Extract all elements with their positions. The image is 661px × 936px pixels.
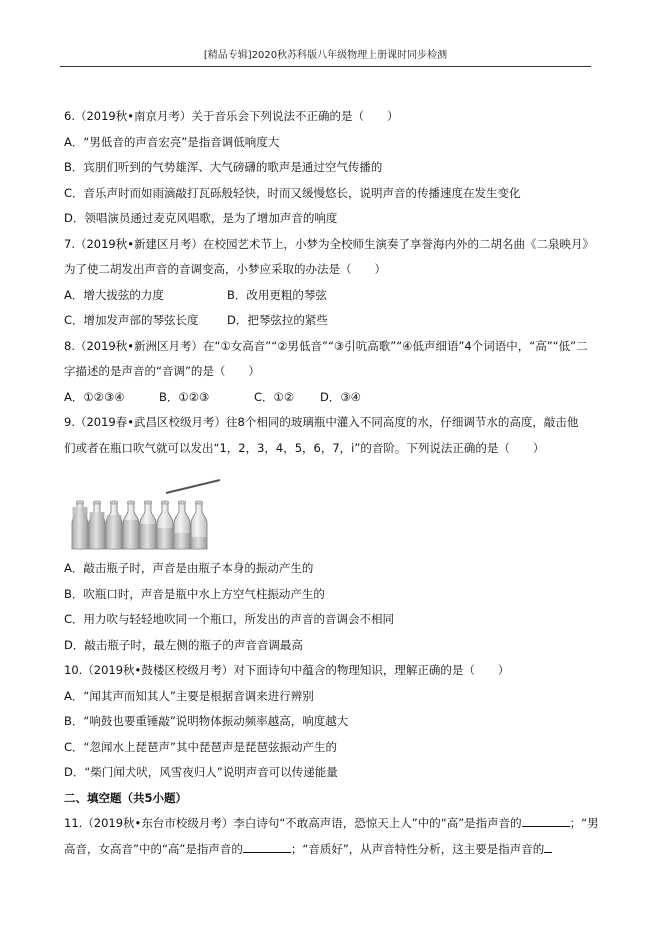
option-b: B．宾朋们听到的气势雄浑、大气磅礴的歌声是通过空气传播的	[64, 155, 604, 181]
option-c: C．音乐声时而如雨滴敲打瓦砾般轻快，时而又缓慢悠长，说明声音的传播速度在发生变化	[64, 181, 604, 207]
question-11: 11.（2019秋•东台市校级月考）李白诗句“不敢高声语，恐惊天上人”中的“高”…	[64, 811, 604, 862]
question-stem: 8.（2019秋•新洲区月考）在“①女高音”“②男低音”“③引吭高歌”“④低声细…	[64, 334, 604, 360]
option-d: D．领唱演员通过麦克风唱歌，是为了增加声音的响度	[64, 206, 604, 232]
option-b: B．吹瓶口时，声音是瓶中水上方空气柱振动产生的	[64, 582, 604, 608]
option-d: D．③④	[320, 385, 361, 411]
question-8: 8.（2019秋•新洲区月考）在“①女高音”“②男低音”“③引吭高歌”“④低声细…	[64, 334, 604, 411]
answer-blank-2[interactable]	[243, 840, 291, 853]
header-title: [精品专辑]2020秋苏科版八年级物理上册课时同步检测	[204, 50, 447, 61]
question-stem-cont: 高音，女高音”中的“高”是指声音的；“音质好”，从声音特性分析，这主要是指声音的	[64, 837, 604, 863]
question-stem: 11.（2019秋•东台市校级月考）李白诗句“不敢高声语，恐惊天上人”中的“高”…	[64, 811, 604, 837]
option-d: D．敲击瓶子时，最左侧的瓶子的声音音调最高	[64, 633, 604, 659]
options-row-1: A．增大拔弦的力度 B．改用更粗的琴弦	[64, 283, 604, 309]
answer-blank-3[interactable]	[544, 840, 552, 853]
options-row: A．①②③④ B．①②③ C．①② D．③④	[64, 385, 604, 411]
option-a: A．敲击瓶子时，声音是由瓶子本身的振动产生的	[64, 556, 604, 582]
question-7: 7.（2019秋•新建区月考）在校园艺术节上，小梦为全校师生演奏了享誉海内外的二…	[64, 232, 604, 334]
option-b: B．改用更粗的琴弦	[227, 283, 327, 309]
stem-text: 11.（2019秋•东台市校级月考）李白诗句“不敢高声语，恐惊天上人”中的“高”…	[64, 816, 522, 830]
option-c: C．“忽闻水上琵琶声”其中琵琶声是琵琶弦振动产生的	[64, 735, 604, 761]
option-a: A．增大拔弦的力度	[64, 283, 227, 309]
question-stem: 7.（2019秋•新建区月考）在校园艺术节上，小梦为全校师生演奏了享誉海内外的二…	[64, 232, 604, 258]
option-a: A．①②③④	[64, 385, 159, 411]
option-c: C．①②	[254, 385, 320, 411]
question-stem-cont: 为了使二胡发出声音的音调变高，小梦应采取的办法是（ ）	[64, 257, 604, 283]
question-stem-cont: 字描述的是声音的“音调”的是（ ）	[64, 359, 604, 385]
question-stem: 9.（2019春•武昌区校级月考）往8个相同的玻璃瓶中灌入不同高度的水，仔细调节…	[64, 410, 604, 436]
question-stem: 6.（2019秋•南京月考）关于音乐会下列说法不正确的是（ ）	[64, 104, 604, 130]
option-b: B．“响鼓也要重锤敲”说明物体振动频率越高，响度越大	[64, 709, 604, 735]
question-10: 10.（2019秋•鼓楼区校级月考）对下面诗句中蕴含的物理知识，理解正确的是（ …	[64, 658, 604, 786]
option-c: C．增加发声部的琴弦长度	[64, 308, 227, 334]
bottles-figure	[64, 461, 604, 556]
answer-blank-1[interactable]	[522, 814, 570, 827]
option-c: C．用力吹与轻轻地吹同一个瓶口，所发出的声音的音调会不相同	[64, 607, 604, 633]
option-a: A．“闻其声而知其人”主要是根据音调来进行辨别	[64, 684, 604, 710]
option-d: D．把琴弦拉的紧些	[227, 308, 328, 334]
section-title-fill-in: 二、填空题（共5小题）	[64, 786, 604, 812]
question-stem: 10.（2019秋•鼓楼区校级月考）对下面诗句中蕴含的物理知识，理解正确的是（ …	[64, 658, 604, 684]
stem-text: 高音，女高音”中的“高”是指声音的	[64, 842, 243, 856]
option-a: A．“男低音的声音宏亮”是指音调低响度大	[64, 130, 604, 156]
stem-text: ；“男	[570, 816, 599, 830]
stem-text: ；“音质好”，从声音特性分析，这主要是指声音的	[291, 842, 544, 856]
water-bottles-illustration	[68, 467, 228, 552]
question-9: 9.（2019春•武昌区校级月考）往8个相同的玻璃瓶中灌入不同高度的水，仔细调节…	[64, 410, 604, 658]
document-body: 6.（2019秋•南京月考）关于音乐会下列说法不正确的是（ ） A．“男低音的声…	[64, 104, 604, 862]
option-d: D．“柴门闻犬吠，风雪夜归人”说明声音可以传递能量	[64, 760, 604, 786]
page-header: [精品专辑]2020秋苏科版八年级物理上册课时同步检测	[60, 46, 591, 67]
question-6: 6.（2019秋•南京月考）关于音乐会下列说法不正确的是（ ） A．“男低音的声…	[64, 104, 604, 232]
option-b: B．①②③	[159, 385, 254, 411]
options-row-2: C．增加发声部的琴弦长度 D．把琴弦拉的紧些	[64, 308, 604, 334]
question-stem-cont: 们或者在瓶口吹气就可以发出“1，2，3，4，5，6，7，i”的音阶。下列说法正确…	[64, 436, 604, 462]
